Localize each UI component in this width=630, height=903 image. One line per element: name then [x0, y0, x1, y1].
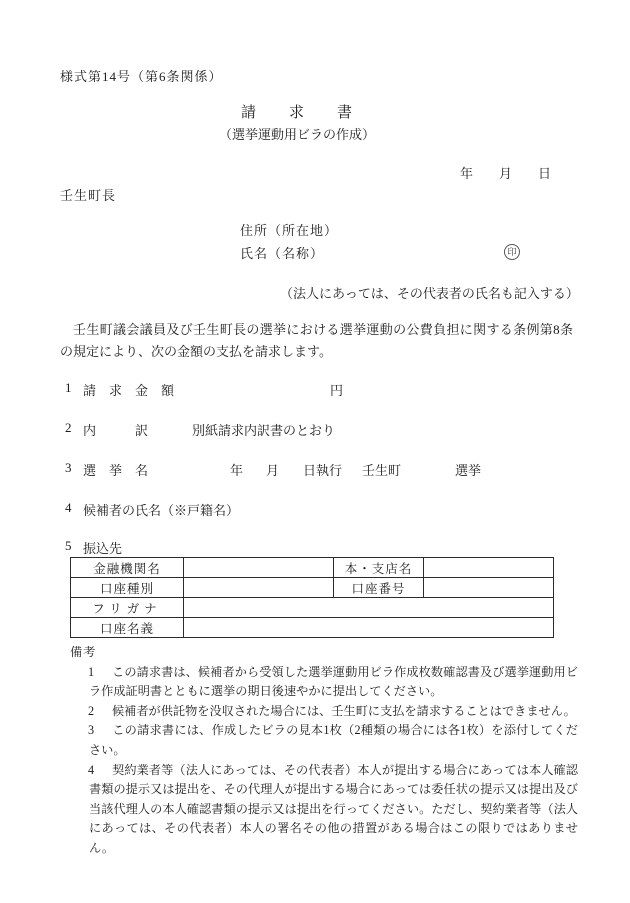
- document-title: 請 求 書: [241, 105, 353, 121]
- corporate-note: （法人にあっては、その代表者の氏名も記入する）: [280, 283, 579, 302]
- invoice-form-page: 様式第14号（第6条関係） 請 求 書 （選挙運動用ビラの作成） 年 月 日 壬…: [0, 0, 630, 903]
- item-bank-transfer: 5 振込先: [0, 538, 630, 556]
- item-label: 選 挙 名: [83, 460, 148, 479]
- item-number: 1: [65, 380, 72, 396]
- item-breakdown: 2 内 訳 別紙請求内訳書のとおり: [0, 420, 630, 438]
- account-type-label: 口座種別: [71, 578, 184, 598]
- note-number: 4: [88, 761, 112, 781]
- item-candidate-name: 4 候補者の氏名（※戸籍名）: [0, 500, 630, 518]
- item-number: 2: [65, 420, 72, 436]
- item-election-name: 3 選 挙 名 年 月 日執行 壬生町 選挙: [0, 460, 630, 478]
- item-label: 請 求 金 額: [83, 380, 174, 399]
- branch-name-field: [424, 558, 554, 578]
- item-label: 候補者の氏名（※戸籍名）: [83, 500, 239, 519]
- account-number-field: [424, 578, 554, 598]
- election-day-exec-label: 日執行: [303, 460, 342, 479]
- item-value: 別紙請求内訳書のとおり: [192, 420, 335, 439]
- note-number: 2: [88, 702, 112, 722]
- date-line: 年 月 日: [460, 163, 551, 182]
- branch-name-label: 本・支店名: [334, 558, 424, 578]
- item-number: 3: [65, 460, 72, 476]
- table-row: 金融機関名 本・支店名: [71, 558, 554, 578]
- body-paragraph: 壬生町議会議員及び壬生町長の選挙における選挙運動の公費負担に関する条例第8条の規…: [60, 319, 573, 364]
- item-unit-yen: 円: [330, 380, 343, 399]
- item-label: 内 訳: [83, 420, 148, 439]
- addressee: 壬生町長: [60, 185, 116, 204]
- item-number: 5: [65, 538, 72, 554]
- furigana-label: フリガナ: [71, 598, 184, 618]
- name-row: 氏名（名称） 印: [240, 243, 580, 261]
- account-number-label: 口座番号: [334, 578, 424, 598]
- document-subtitle: （選挙運動用ビラの作成）: [219, 127, 375, 142]
- note-item: 2候補者が供託物を没収された場合には、壬生町に支払を請求することはできません。: [70, 702, 578, 722]
- account-holder-label: 口座名義: [71, 618, 184, 638]
- title-wrap: 請 求 書: [0, 101, 594, 122]
- election-year-label: 年: [230, 460, 243, 479]
- note-number: 3: [88, 721, 112, 741]
- note-item: 3この請求書には、作成したビラの見本1枚（2種類の場合には各1枚）を添付してくだ…: [70, 721, 578, 760]
- note-item: 4契約業者等（法人にあっては、その代表者）本人が提出する場合にあっては本人確認書…: [70, 761, 578, 859]
- name-label: 氏名（名称）: [240, 243, 324, 262]
- bank-account-table: 金融機関名 本・支店名 口座種別 口座番号 フリガナ 口座名義: [70, 557, 554, 638]
- form-number: 様式第14号（第6条関係）: [60, 66, 223, 85]
- address-label: 住所（所在地）: [240, 220, 338, 239]
- note-text: 契約業者等（法人にあっては、その代表者）本人が提出する場合にあっては本人確認書類…: [89, 763, 578, 855]
- election-month-label: 月: [266, 460, 279, 479]
- notes-section: 備考 1この請求書は、候補者から受領した選挙運動用ビラ作成枚数確認書及び選挙運動…: [70, 643, 578, 859]
- seal-mark-icon: 印: [504, 244, 520, 260]
- note-item: 1この請求書は、候補者から受領した選挙運動用ビラ作成枚数確認書及び選挙運動用ビラ…: [70, 663, 578, 702]
- subtitle-wrap: （選挙運動用ビラの作成）: [0, 124, 594, 143]
- table-row: 口座種別 口座番号: [71, 578, 554, 598]
- election-town-label: 壬生町: [362, 460, 401, 479]
- bank-name-label: 金融機関名: [71, 558, 184, 578]
- election-suffix-label: 選挙: [455, 460, 481, 479]
- note-text: この請求書は、候補者から受領した選挙運動用ビラ作成枚数確認書及び選挙運動用ビラ作…: [89, 665, 578, 699]
- table-row: 口座名義: [71, 618, 554, 638]
- account-holder-field: [184, 618, 554, 638]
- table-row: フリガナ: [71, 598, 554, 618]
- note-text: この請求書には、作成したビラの見本1枚（2種類の場合には各1枚）を添付してくださ…: [89, 723, 578, 757]
- item-number: 4: [65, 500, 72, 516]
- furigana-field: [184, 598, 554, 618]
- item-claim-amount: 1 請 求 金 額 円: [0, 380, 630, 398]
- item-label: 振込先: [83, 538, 122, 557]
- note-text: 候補者が供託物を没収された場合には、壬生町に支払を請求することはできません。: [112, 704, 576, 718]
- notes-title: 備考: [70, 643, 578, 663]
- note-number: 1: [88, 663, 112, 683]
- account-type-field: [184, 578, 334, 598]
- bank-name-field: [184, 558, 334, 578]
